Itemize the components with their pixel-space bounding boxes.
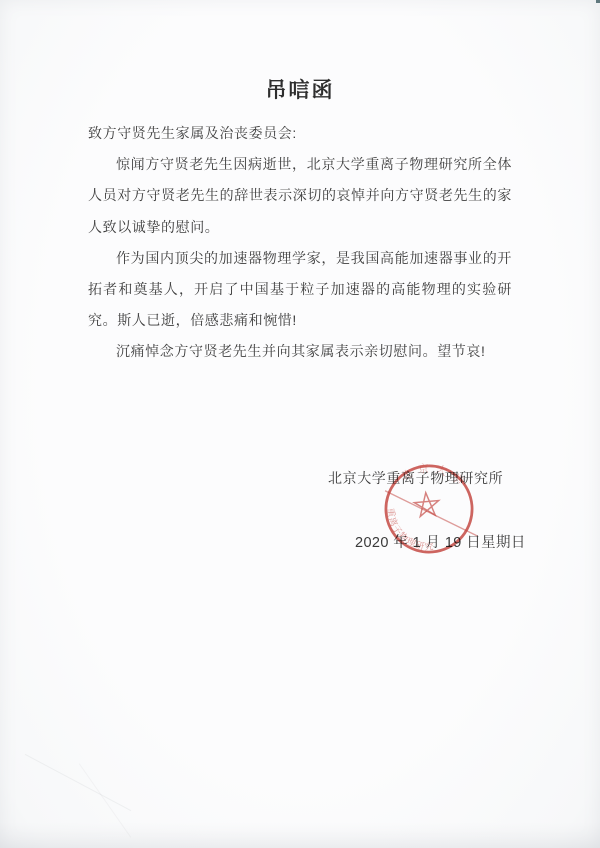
scan-corner-speck — [596, 0, 600, 3]
seal-top-text: 北京大学 — [398, 458, 470, 497]
letter-paragraph: 沉痛悼念方守贤老先生并向其家属表示亲切慰问。望节哀! — [88, 336, 512, 367]
letter-paragraph: 作为国内顶尖的加速器物理学家，是我国高能加速器事业的开拓者和奠基人，开启了中国基… — [88, 243, 512, 337]
seal-star-icon — [414, 492, 440, 517]
red-official-seal: 北京大学 重离子物理研究所 — [369, 449, 488, 568]
letter-title: 吊唁函 — [0, 74, 600, 104]
paper-crease — [25, 754, 131, 811]
scan-bottom-shadow — [0, 822, 600, 848]
letter-salutation: 致方守贤先生家属及治丧委员会: — [88, 118, 512, 149]
letter-body: 致方守贤先生家属及治丧委员会: 惊闻方守贤老先生因病逝世，北京大学重离子物理研究… — [88, 118, 512, 368]
scanned-letter-page: 吊唁函 致方守贤先生家属及治丧委员会: 惊闻方守贤老先生因病逝世，北京大学重离子… — [0, 0, 600, 848]
letter-paragraph: 惊闻方守贤老先生因病逝世，北京大学重离子物理研究所全体人员对方守贤老先生的辞世表… — [88, 149, 512, 243]
